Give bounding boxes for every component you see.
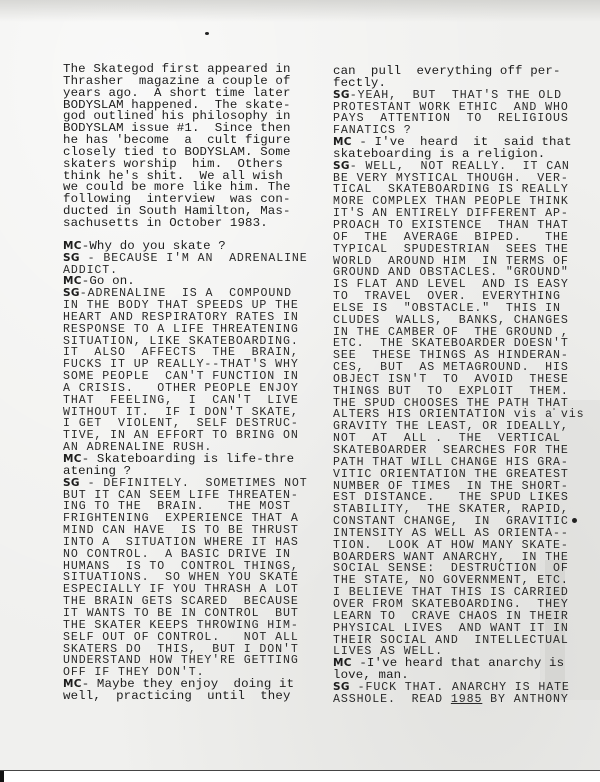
left-column: The Skategod first appeared inThrasher m…: [63, 64, 308, 703]
speaker-label: SG: [63, 287, 80, 299]
text-line: ASSHOLE. READ 1985 BY ANTHONY: [333, 694, 584, 706]
scan-speck: [205, 32, 209, 35]
scan-top-shadow: [0, 0, 600, 22]
speaker-label: SG: [63, 252, 80, 264]
scan-edge-mark: [0, 771, 4, 782]
speaker-label: SG: [333, 160, 350, 172]
line-text: sachusetts in October 1983.: [63, 216, 268, 230]
line-text: well, practicing until they: [63, 689, 291, 703]
speaker-label: SG: [333, 89, 350, 101]
text-line: sachusetts in October 1983.: [63, 218, 308, 230]
text-line: well, practicing until they: [63, 691, 308, 703]
page-bottom-edge: [0, 770, 600, 782]
line-text: BY ANTHONY: [482, 693, 568, 706]
speaker-label: SG: [63, 477, 80, 489]
document-page: The Skategod first appeared inThrasher m…: [0, 0, 600, 782]
speaker-label: SG: [333, 681, 350, 693]
speaker-label: MC: [63, 240, 82, 252]
line-text: ASSHOLE. READ: [333, 693, 451, 706]
speaker-label: MC: [63, 275, 82, 287]
book-title: 1985: [451, 693, 482, 706]
right-column: can pull everything off per-fectly.SG-YE…: [333, 66, 584, 706]
